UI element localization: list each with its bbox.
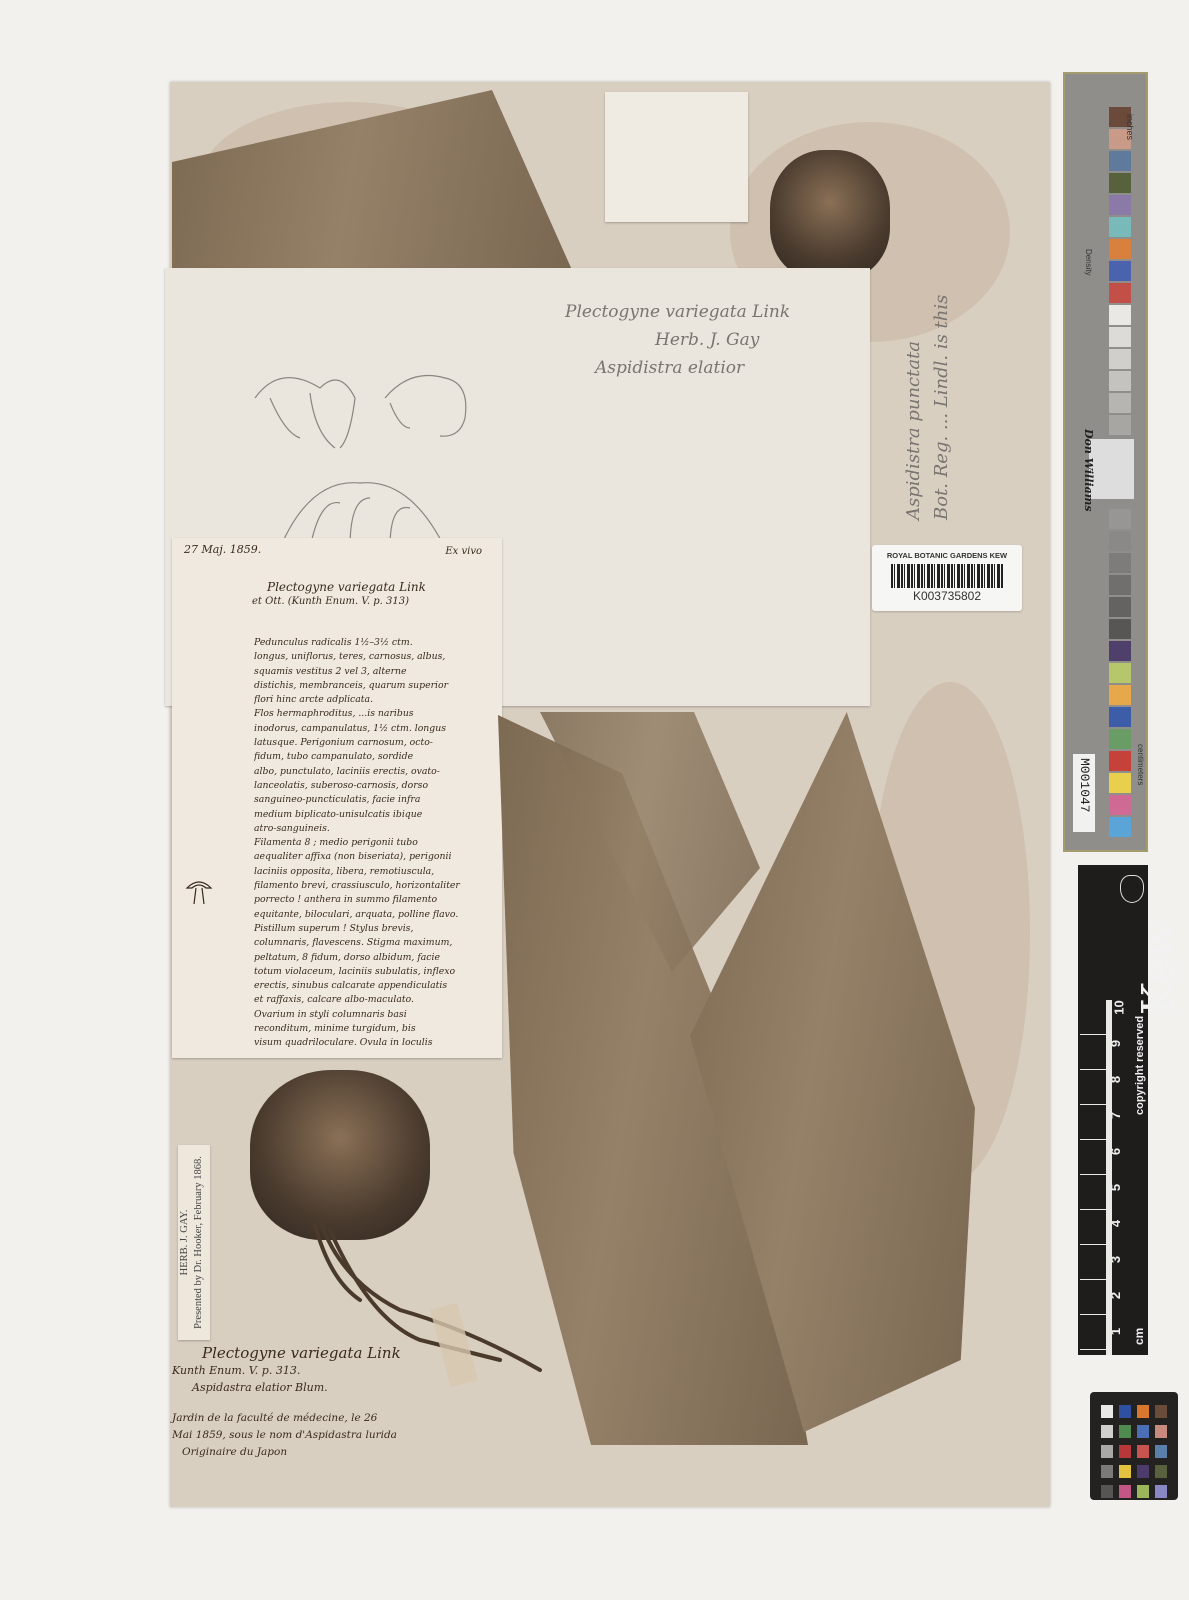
manuscript-note: Ex vivo bbox=[445, 546, 482, 557]
pencil-label-line: Herb. J. Gay bbox=[565, 326, 865, 354]
manuscript-line: flori hinc arcte adplicata. bbox=[254, 693, 499, 707]
vertical-annotation: Aspidistra punctata Bot. Reg. ... Lindl.… bbox=[900, 295, 956, 520]
manuscript-line: erectis, sinubus calcarate appendiculati… bbox=[254, 979, 499, 993]
institution-name: ROYAL BOTANIC GARDENS KEW bbox=[872, 551, 1022, 560]
manuscript-line: lanceolatis, suberoso-carnosis, dorso bbox=[254, 779, 499, 793]
manuscript-line: Ovarium in styli columnaris basi bbox=[254, 1008, 499, 1022]
checker-patch bbox=[1119, 1425, 1131, 1438]
swatch bbox=[1109, 773, 1131, 793]
checker-patch bbox=[1137, 1445, 1149, 1458]
checker-patch bbox=[1137, 1425, 1149, 1438]
specimen-packet bbox=[605, 92, 748, 222]
centimeters-label: centimeters bbox=[1136, 744, 1145, 785]
stamen-sketch-icon bbox=[184, 876, 214, 906]
manuscript-line: squamis vestitus 2 vel 3, alterne bbox=[254, 665, 499, 679]
scale-number: 4 bbox=[1108, 1220, 1123, 1227]
gay-label-line: Presented by Dr. Hooker, February 1868. bbox=[192, 1145, 206, 1340]
manuscript-description: 27 Maj. 1859. Ex vivo Plectogyne variega… bbox=[172, 538, 502, 1058]
checker-patch bbox=[1119, 1405, 1131, 1418]
swatch bbox=[1109, 751, 1131, 771]
swatch bbox=[1109, 151, 1131, 171]
swatch bbox=[1109, 327, 1131, 347]
manuscript-line: reconditum, minime turgidum, bis bbox=[254, 1022, 499, 1036]
scale-unit: cm bbox=[1132, 1328, 1146, 1345]
determination-label: Plectogyne variegata Link Kunth Enum. V.… bbox=[172, 1345, 437, 1485]
swatch bbox=[1109, 685, 1131, 705]
swatch bbox=[1109, 371, 1131, 391]
manuscript-line: Pistillum superum ! Stylus brevis, bbox=[254, 922, 499, 936]
manuscript-line: aequaliter affixa (non biseriata), perig… bbox=[254, 850, 499, 864]
manuscript-line: equitante, biloculari, arquata, polline … bbox=[254, 908, 499, 922]
checker-patch bbox=[1137, 1485, 1149, 1498]
gay-label-line: HERB. J. GAY. bbox=[178, 1145, 192, 1340]
rhizome-bottom bbox=[250, 1070, 430, 1240]
manuscript-line: Filamenta 8 ; medio perigonii tubo bbox=[254, 836, 499, 850]
inches-label: inches bbox=[1125, 114, 1135, 140]
manuscript-line: visum quadriloculare. Ovula in loculis bbox=[254, 1036, 499, 1050]
manuscript-title: et Ott. (Kunth Enum. V. p. 313) bbox=[252, 596, 409, 607]
manuscript-line: Flos hermaphroditus, ...is naribus bbox=[254, 707, 499, 721]
scale-number: 6 bbox=[1108, 1148, 1123, 1155]
manuscript-line: Pedunculus radicalis 1½–3½ ctm. bbox=[254, 636, 499, 650]
rhizome-top bbox=[770, 150, 890, 280]
checker-patch bbox=[1137, 1405, 1149, 1418]
copyright-text: copyright reserved bbox=[1134, 1016, 1146, 1115]
swatch bbox=[1109, 817, 1131, 837]
swatch bbox=[1109, 173, 1131, 193]
det-line: Mai 1859, sous le nom d'Aspidastra lurid… bbox=[172, 1427, 437, 1444]
det-line: Plectogyne variegata Link bbox=[172, 1345, 437, 1362]
scale-bar bbox=[1080, 1000, 1112, 1355]
checker-patch bbox=[1101, 1465, 1113, 1478]
density-label: Density bbox=[1084, 249, 1093, 276]
mini-color-checker bbox=[1090, 1392, 1178, 1500]
scale-number: 7 bbox=[1108, 1112, 1123, 1119]
manuscript-line: inodorus, campanulatus, 1½ ctm. longus bbox=[254, 722, 499, 736]
manuscript-line: atro-sanguineis. bbox=[254, 822, 499, 836]
checker-patch bbox=[1119, 1445, 1131, 1458]
manuscript-line: laciniis opposita, libera, remotiuscula, bbox=[254, 865, 499, 879]
swatch bbox=[1109, 795, 1131, 815]
checker-patch bbox=[1155, 1425, 1167, 1438]
manuscript-line: porrecto ! anthera in summo filamento bbox=[254, 893, 499, 907]
manuscript-line: fidum, tubo campanulato, sordide bbox=[254, 750, 499, 764]
manuscript-line: totum violaceum, laciniis subulatis, inf… bbox=[254, 965, 499, 979]
manuscript-line: longus, uniflorus, teres, carnosus, albu… bbox=[254, 650, 499, 664]
checker-patch bbox=[1101, 1425, 1113, 1438]
manuscript-line: medium biplicato-unisulcatis ibique bbox=[254, 808, 499, 822]
scale-numbers: 10 9 8 7 6 5 4 3 2 1 bbox=[1112, 1000, 1134, 1355]
scale-number: 2 bbox=[1108, 1292, 1123, 1299]
pencil-label-line: Plectogyne variegata Link bbox=[565, 298, 865, 326]
swatch bbox=[1109, 305, 1131, 325]
swatch bbox=[1109, 261, 1131, 281]
chart-id-box: M001047 bbox=[1073, 754, 1095, 832]
checker-patch bbox=[1155, 1485, 1167, 1498]
herbarium-gay-label: HERB. J. GAY. Presented by Dr. Hooker, F… bbox=[178, 1145, 210, 1340]
det-line: Jardin de la faculté de médecine, le 26 bbox=[172, 1410, 437, 1427]
swatch bbox=[1109, 349, 1131, 369]
barcode-label: ROYAL BOTANIC GARDENS KEW K003735802 bbox=[872, 545, 1022, 611]
chart-id: M001047 bbox=[1077, 758, 1092, 813]
manuscript-line: albo, punctulato, laciniis erectis, ovat… bbox=[254, 765, 499, 779]
barcode-number: K003735802 bbox=[872, 589, 1022, 603]
manuscript-line: et raffaxis, calcare albo-maculato. bbox=[254, 993, 499, 1007]
swatch bbox=[1109, 217, 1131, 237]
checker-patch bbox=[1155, 1445, 1167, 1458]
det-line: Aspidastra elatior Blum. bbox=[172, 1379, 437, 1396]
barcode bbox=[891, 564, 1003, 588]
swatch bbox=[1109, 553, 1131, 573]
flower-sketch-icon bbox=[240, 358, 500, 558]
checker-patch bbox=[1155, 1405, 1167, 1418]
scale-number: 10 bbox=[1112, 1000, 1127, 1014]
swatch bbox=[1109, 283, 1131, 303]
swatch bbox=[1109, 663, 1131, 683]
scale-number: 5 bbox=[1108, 1184, 1123, 1191]
checker-patch bbox=[1119, 1485, 1131, 1498]
manuscript-line: sanguineo-puncticulatis, facie infra bbox=[254, 793, 499, 807]
swatch bbox=[1109, 415, 1131, 435]
chart-brand: Don Williams bbox=[1082, 429, 1095, 512]
swatch bbox=[1109, 729, 1131, 749]
swatch bbox=[1109, 239, 1131, 259]
checker-patch bbox=[1101, 1485, 1113, 1498]
swatch bbox=[1109, 597, 1131, 617]
kew-scale-bar: Kew 10 9 8 7 6 5 4 3 2 1 copyright reser… bbox=[1078, 865, 1148, 1355]
color-calibration-strip: inches Density Don Williams centimeters … bbox=[1063, 72, 1148, 852]
manuscript-line: columnaris, flavescens. Stigma maximum, bbox=[254, 936, 499, 950]
manuscript-body: Pedunculus radicalis 1½–3½ ctm. longus, … bbox=[254, 636, 499, 1051]
swatch bbox=[1109, 707, 1131, 727]
swatch bbox=[1109, 531, 1131, 551]
checker-patch bbox=[1101, 1405, 1113, 1418]
manuscript-line: filamento brevi, crassiusculo, horizonta… bbox=[254, 879, 499, 893]
scale-number: 9 bbox=[1108, 1040, 1123, 1047]
swatch bbox=[1109, 575, 1131, 595]
scale-number: 8 bbox=[1108, 1076, 1123, 1083]
pencil-label: Plectogyne variegata Link Herb. J. Gay A… bbox=[565, 298, 865, 382]
manuscript-title: Plectogyne variegata Link bbox=[267, 580, 426, 594]
swatch bbox=[1109, 393, 1131, 413]
kew-crest-icon bbox=[1120, 875, 1144, 903]
gray-target bbox=[1089, 439, 1134, 499]
swatch bbox=[1109, 641, 1131, 661]
det-line: Originaire du Japon bbox=[172, 1444, 437, 1461]
checker-patch bbox=[1101, 1445, 1113, 1458]
checker-patch bbox=[1119, 1465, 1131, 1478]
swatch bbox=[1109, 619, 1131, 639]
checker-patch bbox=[1137, 1465, 1149, 1478]
annotation-line: Bot. Reg. ... Lindl. is this bbox=[928, 295, 956, 520]
swatch bbox=[1109, 195, 1131, 215]
kew-logo: Kew bbox=[1133, 920, 1184, 1015]
swatch bbox=[1109, 509, 1131, 529]
det-line: Kunth Enum. V. p. 313. bbox=[172, 1362, 437, 1379]
annotation-line: Aspidistra punctata bbox=[900, 295, 928, 520]
scale-number: 3 bbox=[1108, 1256, 1123, 1263]
manuscript-line: peltatum, 8 fidum, dorso albidum, facie bbox=[254, 951, 499, 965]
scale-number: 1 bbox=[1108, 1328, 1123, 1335]
checker-patch bbox=[1155, 1465, 1167, 1478]
manuscript-date: 27 Maj. 1859. bbox=[184, 543, 261, 556]
pencil-label-line: Aspidistra elatior bbox=[565, 354, 865, 382]
manuscript-line: distichis, membranceis, quarum superior bbox=[254, 679, 499, 693]
manuscript-line: latusque. Perigonium carnosum, octo- bbox=[254, 736, 499, 750]
